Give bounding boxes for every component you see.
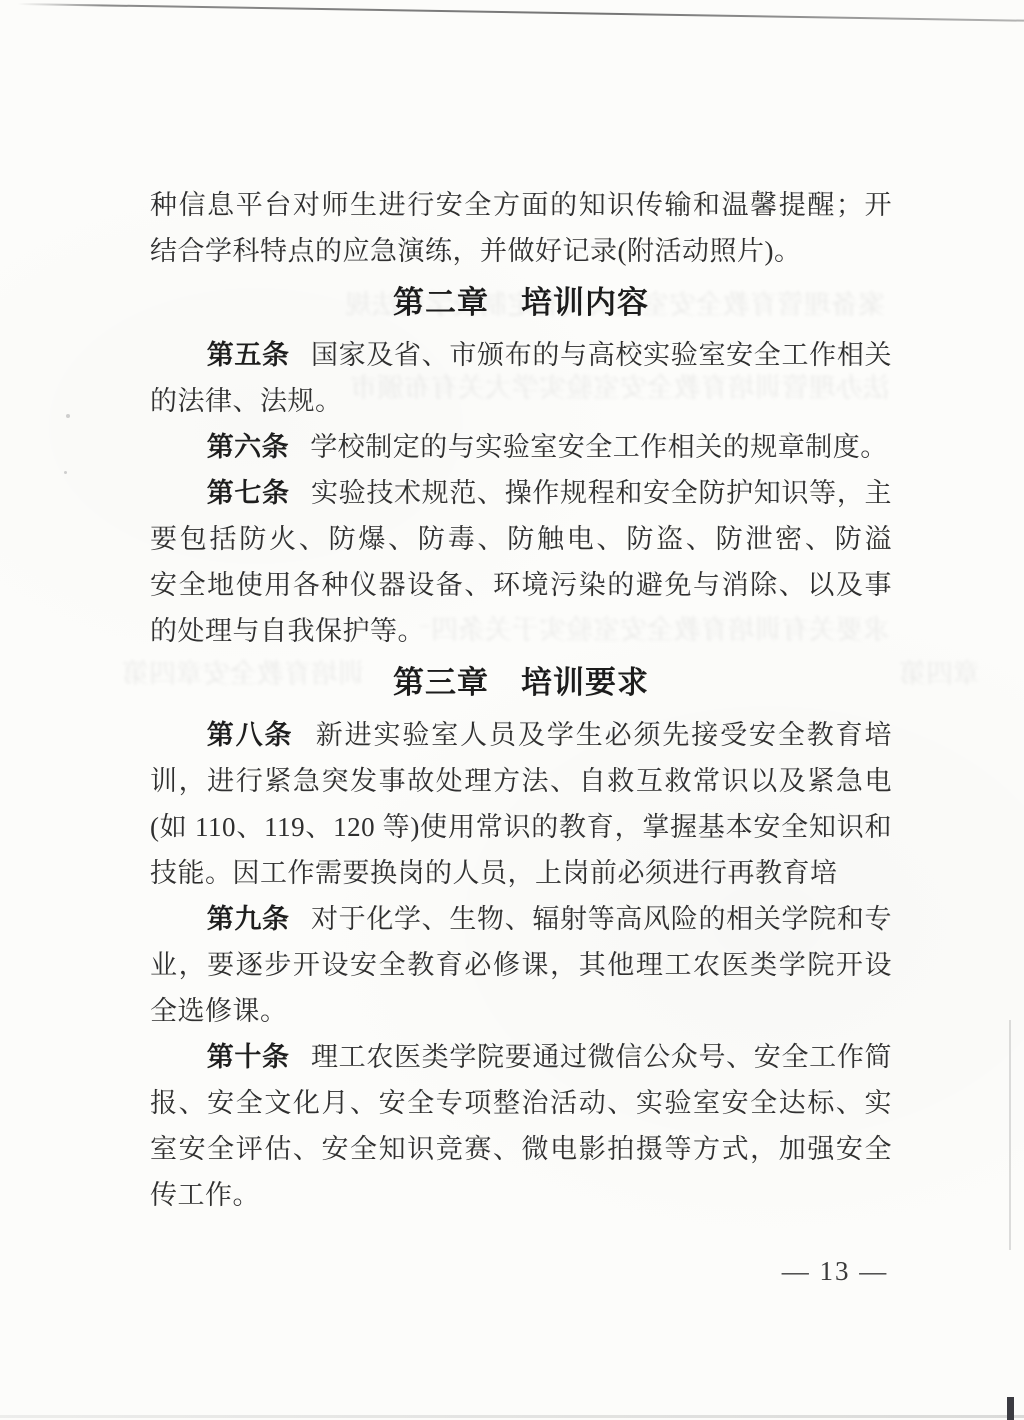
text-line: 种信息平台对师生进行安全方面的知识传输和温馨提醒；开展 — [150, 182, 892, 228]
scanned-document-page: 案备理管育教全安室验实关有定制校学规法规 法办理管训培育教全安室验实学大关有布颁… — [0, 0, 1024, 1420]
text-line: 安全地使用各种仪器设备、环境污染的避免与消除、以及事故 — [150, 562, 892, 608]
line-text: 实验技术规范、操作规程和安全防护知识等，主 — [311, 478, 892, 508]
text-line: 第七条实验技术规范、操作规程和安全防护知识等，主 — [150, 470, 892, 516]
text-line: 第十条理工农医类学院要通过微信公众号、安全工作简 — [150, 1034, 892, 1080]
text-line: 业，要逐步开设安全教育必修课，其他理工农医类学院开设安 — [150, 942, 892, 988]
line-text: 学校制定的与实验室安全工作相关的规章制度。 — [310, 432, 888, 462]
line-text: 新进实验室人员及学生必须先接受安全教育培 — [314, 720, 892, 750]
text-line: 第八条新进实验室人员及学生必须先接受安全教育培 — [150, 712, 892, 758]
scan-speck — [66, 414, 70, 418]
article-number: 第八条 — [207, 720, 294, 750]
text-line: 第五条国家及省、市颁布的与高校实验室安全工作相关 — [150, 332, 892, 378]
text-line: 的处理与自我保护等。 — [150, 608, 892, 654]
article-number: 第七条 — [207, 478, 290, 508]
chapter-heading: 第二章 培训内容 — [150, 280, 892, 326]
text-line: 报、安全文化月、安全专项整治活动、实验室安全达标、实验 — [150, 1080, 892, 1126]
line-text: 国家及省、市颁布的与高校实验室安全工作相关 — [311, 340, 892, 370]
text-line: 技能。因工作需要换岗的人员，上岗前必须进行再教育培训。 — [150, 850, 892, 896]
text-line: 全选修课。 — [150, 988, 892, 1034]
article-number: 第五条 — [207, 340, 290, 370]
scan-top-edge-artifact — [18, 3, 1024, 23]
article-number: 第九条 — [207, 904, 290, 934]
text-line: 第九条对于化学、生物、辐射等高风险的相关学院和专 — [150, 896, 892, 942]
page-number: — 13 — — [770, 1256, 900, 1287]
line-text: 对于化学、生物、辐射等高风险的相关学院和专 — [311, 904, 892, 934]
text-line: 传工作。 — [150, 1172, 892, 1218]
text-line: 的法律、法规。 — [150, 378, 892, 424]
text-line: 第六条学校制定的与实验室安全工作相关的规章制度。 — [150, 424, 892, 470]
text-line: 要包括防火、防爆、防毒、防触电、防盗、防泄密、防溢水、 — [150, 516, 892, 562]
text-line: 训，进行紧急突发事故处理方法、自救互救常识以及紧急电话 — [150, 758, 892, 804]
text-line: (如 110、119、120 等)使用常识的教育，掌握基本安全知识和 — [150, 804, 892, 850]
text-line: 结合学科特点的应急演练，并做好记录(附活动照片)。 — [150, 228, 892, 274]
scan-corner-artifact — [1007, 1397, 1014, 1420]
article-number: 第六条 — [207, 432, 290, 462]
scan-right-edge-artifact — [1009, 1020, 1011, 1250]
scan-speck — [64, 471, 67, 474]
chapter-heading: 第三章 培训要求 — [150, 660, 892, 706]
text-line: 室安全评估、安全知识竞赛、微电影拍摄等方式，加强安全宣 — [150, 1126, 892, 1172]
scan-bottom-edge-artifact — [0, 1415, 1024, 1418]
article-number: 第十条 — [207, 1042, 290, 1072]
document-body: 种信息平台对师生进行安全方面的知识传输和温馨提醒；开展结合学科特点的应急演练，并… — [150, 182, 892, 1218]
line-text: 理工农医类学院要通过微信公众号、安全工作简 — [311, 1042, 892, 1072]
